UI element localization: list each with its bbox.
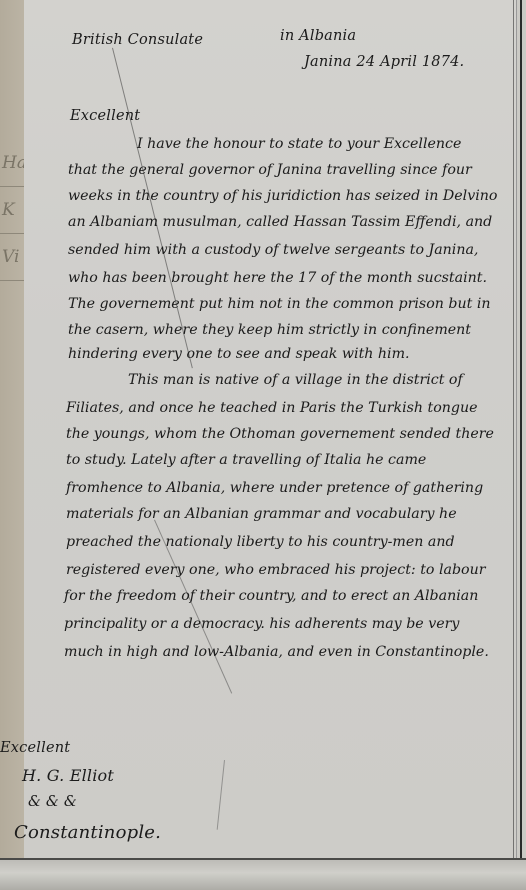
- body-line: Filiates, and once he teached in Paris t…: [66, 400, 478, 416]
- closing-place: Constantinople.: [14, 822, 161, 843]
- pencil-stroke: [217, 760, 225, 830]
- margin-rule: [520, 0, 522, 860]
- margin-rule: [513, 0, 514, 860]
- body-line: weeks in the country of his juridiction …: [68, 188, 497, 204]
- body-line: for the freedom of their country, and to…: [64, 588, 478, 604]
- body-line: The governement put him not in the commo…: [68, 296, 491, 312]
- body-line: who has been brought here the 17 of the …: [68, 270, 487, 286]
- location-line: in Albania: [280, 28, 356, 44]
- body-line: the youngs, whom the Othoman governement…: [66, 426, 494, 442]
- body-line: that the general governor of Janina trav…: [68, 162, 472, 178]
- letter-page: British Consulate in Albania Janina 24 A…: [24, 0, 516, 858]
- body-line: registered every one, who embraced his p…: [66, 562, 486, 578]
- closing-name: H. G. Elliot: [22, 766, 114, 785]
- body-line: hindering every one to see and speak wit…: [68, 346, 410, 362]
- page-bottom-edge: [0, 858, 526, 890]
- body-line: much in high and low-Albania, and even i…: [64, 644, 489, 660]
- body-line: This man is native of a village in the d…: [128, 372, 463, 388]
- body-line: principality or a democracy. his adheren…: [64, 616, 459, 632]
- body-line: to study. Lately after a travelling of I…: [66, 452, 426, 468]
- salutation: Excellent: [70, 108, 140, 124]
- pencil-stroke: [112, 48, 193, 368]
- body-line: materials for an Albanian grammar and vo…: [66, 506, 457, 522]
- body-line: the casern, where they keep him strictly…: [68, 322, 471, 338]
- body-line: fromhence to Albania, where under preten…: [66, 480, 483, 496]
- body-line: preached the nationaly liberty to his co…: [66, 534, 455, 550]
- sender-line: British Consulate: [72, 32, 203, 48]
- body-line: sended him with a custody of twelve serg…: [68, 242, 478, 258]
- dateline: Janina 24 April 1874.: [304, 54, 464, 70]
- closing-title: Excellent: [0, 740, 70, 756]
- body-line: an Albaniam musulman, called Hassan Tass…: [68, 214, 492, 230]
- body-line: I have the honour to state to your Excel…: [137, 136, 461, 152]
- closing-etc: & & &: [28, 794, 77, 810]
